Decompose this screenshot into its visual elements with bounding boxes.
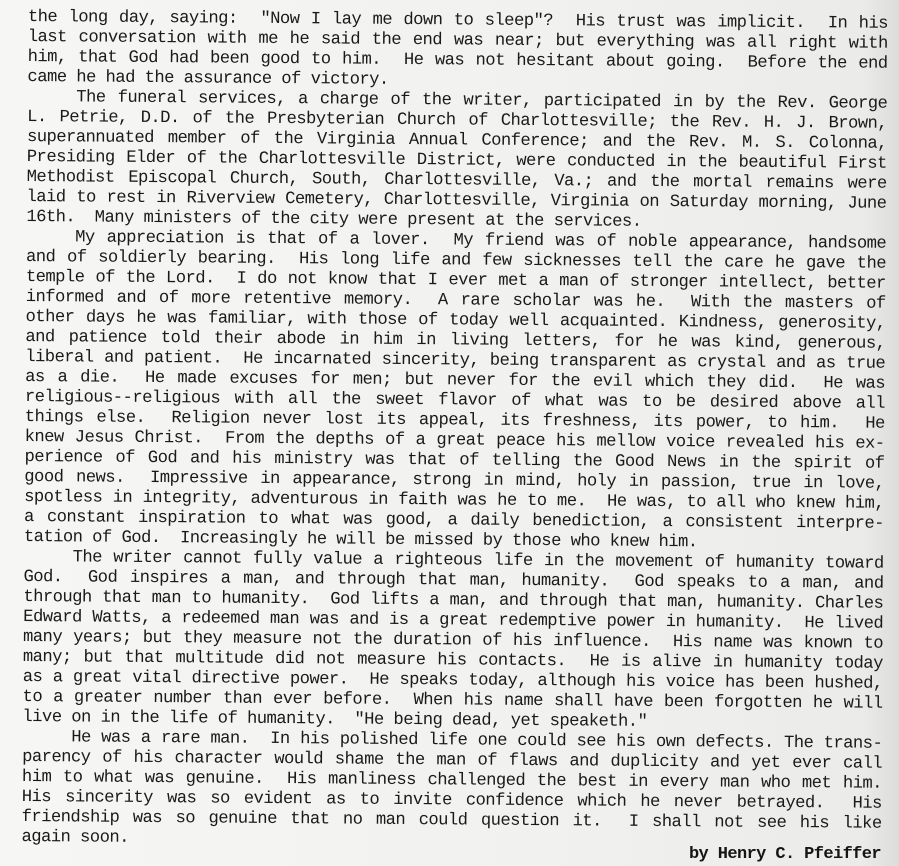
paragraph: the long day, saying: "Now I lay me down… <box>27 8 888 95</box>
paragraph: The writer cannot fully value a righteou… <box>22 548 883 735</box>
scanned-page: the long day, saying: "Now I lay me down… <box>0 0 899 866</box>
paragraph: My appreciation is that of a lover. My f… <box>24 228 886 555</box>
article-body: the long day, saying: "Now I lay me down… <box>21 8 888 855</box>
author-signature: by Henry C. Pfeiffer <box>689 845 881 864</box>
paragraph: He was a rare man. In his polished life … <box>21 728 882 855</box>
paragraph: The funeral services, a charge of the wr… <box>26 88 887 235</box>
